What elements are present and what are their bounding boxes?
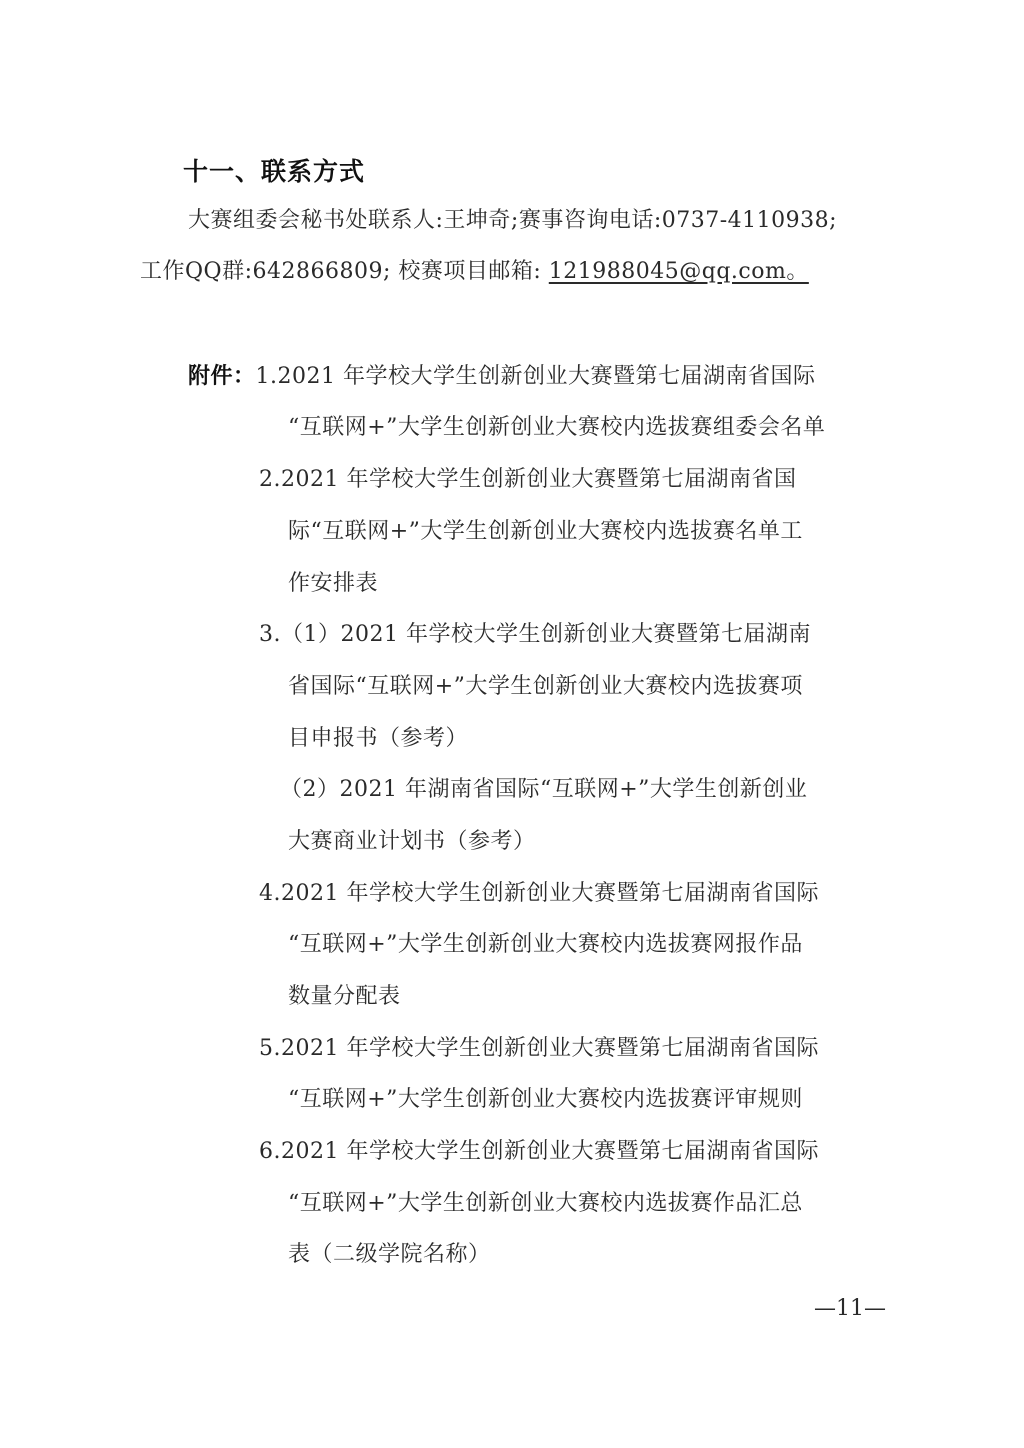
attachment-line-3: 2.2021 年学校大学生创新创业大赛暨第七届湖南省国: [259, 465, 796, 495]
attachment-line-18: 表（二级学院名称）: [288, 1240, 491, 1270]
attachments-label: 附件：: [188, 364, 256, 389]
attachment-line-1: 附件：1.2021 年学校大学生创新创业大赛暨第七届湖南省国际: [188, 362, 816, 392]
attachment-text: 1.2021 年学校大学生创新创业大赛暨第七届湖南省国际: [256, 364, 816, 389]
contact-line-1: 大赛组委会秘书处联系人:王坤奇;赛事咨询电话:0737-4110938;: [188, 206, 837, 236]
attachment-line-9: （2）2021 年湖南省国际“互联网+”大学生创新创业: [280, 775, 807, 805]
attachment-line-11: 4.2021 年学校大学生创新创业大赛暨第七届湖南省国际: [259, 879, 819, 909]
attachment-line-12: “互联网+”大学生创新创业大赛校内选拔赛网报作品: [288, 930, 803, 960]
page-number: —11—: [814, 1296, 886, 1321]
contact-qq-text: 工作QQ群:642866809; 校赛项目邮箱:: [140, 259, 549, 284]
attachment-line-6: 3.（1）2021 年学校大学生创新创业大赛暨第七届湖南: [259, 620, 811, 650]
attachment-line-13: 数量分配表: [288, 982, 401, 1012]
attachment-line-5: 作安排表: [288, 569, 378, 599]
attachment-line-10: 大赛商业计划书（参考）: [288, 827, 536, 857]
email-link[interactable]: 121988045@qq.com。: [549, 259, 809, 284]
attachment-line-8: 目申报书（参考）: [288, 724, 468, 754]
attachment-line-16: 6.2021 年学校大学生创新创业大赛暨第七届湖南省国际: [259, 1137, 819, 1167]
attachment-line-7: 省国际“互联网+”大学生创新创业大赛校内选拔赛项: [288, 672, 803, 702]
attachment-line-15: “互联网+”大学生创新创业大赛校内选拔赛评审规则: [288, 1085, 803, 1115]
attachment-line-4: 际“互联网+”大学生创新创业大赛校内选拔赛名单工: [288, 517, 803, 547]
attachment-line-2: “互联网+”大学生创新创业大赛校内选拔赛组委会名单: [288, 413, 825, 443]
attachment-line-14: 5.2021 年学校大学生创新创业大赛暨第七届湖南省国际: [259, 1034, 819, 1064]
contact-line-2: 工作QQ群:642866809; 校赛项目邮箱: 121988045@qq.co…: [140, 257, 809, 287]
section-heading: 十一、联系方式: [183, 152, 365, 188]
attachment-line-17: “互联网+”大学生创新创业大赛校内选拔赛作品汇总: [288, 1189, 803, 1219]
